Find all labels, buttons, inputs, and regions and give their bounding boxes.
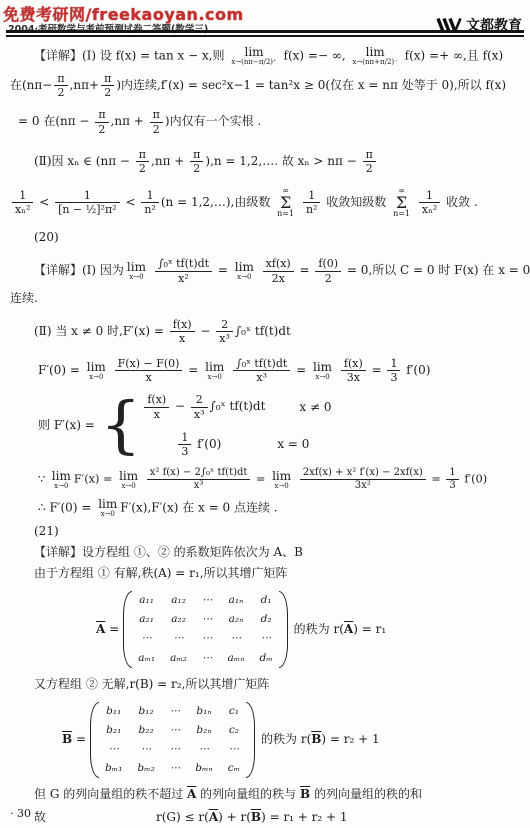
matrix-cell: ⋯ <box>202 652 213 665</box>
matrix-a-rank-text: 的秩为 r(A) = r₁ <box>294 622 386 637</box>
limit-operator: limx→0 <box>205 361 224 381</box>
limit-operator: limx→0 <box>52 470 71 490</box>
left-paren <box>123 591 132 668</box>
q21-conclusion-line: 故 r(G) ≤ r(A) + r(B) = r₁ + r₂ + 1 <box>34 810 524 825</box>
fraction: 1xₙ² <box>419 189 440 216</box>
fraction: π2 <box>101 72 114 99</box>
right-paren <box>279 591 288 668</box>
limit-operator: limx→0 <box>127 261 146 281</box>
fraction: xf(x)2x <box>263 257 294 284</box>
matrix-cell: ⋯ <box>170 762 181 775</box>
matrix-cell: bₘ₂ <box>137 762 154 775</box>
matrix-cell: ⋯ <box>170 705 181 718</box>
matrix-cell: aₘₙ <box>228 652 245 665</box>
fraction: 2x³ <box>216 318 233 345</box>
matrix-cell: ⋯ <box>202 632 213 645</box>
matrix-b-label: B = <box>62 732 86 747</box>
matrix-cell: ⋯ <box>170 743 181 756</box>
q19-solution-line: 在(nπ−π2,nπ+π2)内连续,f′(x) = sec²x−1 = tan²… <box>10 72 524 99</box>
watermark-text: 免费考研网/freekaoyan.com <box>3 2 244 25</box>
matrix-cell: ⋯ <box>170 632 187 645</box>
case-expression: 13 f′(0) <box>176 431 221 458</box>
matrix-cell: b₁₁ <box>105 705 122 718</box>
q20-solution-line: ∵ limx→0F′(x) = limx→0 x² f(x) − 2∫₀ˣ tf… <box>38 467 524 492</box>
fraction: 1n² <box>303 189 321 216</box>
fraction: F(x) − F(0)x <box>115 357 183 384</box>
matrix-a-entries: a₁₁a₁₂⋯a₁ₙd₁a₂₁a₂₂⋯a₂ₙd₂⋯⋯⋯⋯⋯aₘ₁aₘ₂⋯aₘₙd… <box>134 591 276 668</box>
matrix-cell: aₘ₂ <box>170 652 187 665</box>
overline-symbol: B <box>311 732 321 746</box>
q20-piecewise-definition: 则 F′(x) = { f(x)x − 2x³∫₀ˣ tf(t)dt x ≠ 0… <box>38 393 524 458</box>
matrix-cell: b₁ₙ <box>195 705 212 718</box>
matrix-cell: a₁₂ <box>170 594 187 607</box>
limit-operator: limx→0 <box>272 470 291 490</box>
limit-operator: limx→(nπ−π/2)⁺ <box>231 46 276 66</box>
augmented-matrix-a: A = a₁₁a₁₂⋯a₁ₙd₁a₂₁a₂₂⋯a₂ₙd₂⋯⋯⋯⋯⋯aₘ₁aₘ₂⋯… <box>96 591 524 668</box>
matrix-cell: aₘ₁ <box>138 652 155 665</box>
overline-symbol: A <box>209 810 218 824</box>
matrix-cell: ⋯ <box>228 632 245 645</box>
matrix-cell: ⋯ <box>138 632 155 645</box>
fraction: 13 <box>446 467 458 492</box>
q19-solution-line: 1xₙ² < 1[n − ½]²π² < 1n²(n = 1,2,…),由级数 … <box>10 187 524 218</box>
matrix-cell: c₂ <box>228 724 240 737</box>
matrix-cell: a₁₁ <box>138 594 155 607</box>
q19-solution-line: = 0 在(nπ − π2,nπ + π2)内仅有一个实根 . <box>18 108 524 135</box>
fraction: π2 <box>136 148 149 175</box>
matrix-cell: dₘ <box>260 652 273 665</box>
matrix-b-entries: b₁₁b₁₂⋯b₁ₙc₁b₂₁b₂₂⋯b₂ₙc₂⋯⋯⋯⋯⋯bₘ₁bₘ₂⋯bₘₙc… <box>101 702 244 779</box>
limit-operator: limx→0 <box>235 261 254 281</box>
matrix-cell: ⋯ <box>260 632 273 645</box>
fraction: x² f(x) − 2∫₀ˣ tf(t)dtx³ <box>147 467 251 492</box>
header-divider <box>6 30 524 37</box>
fraction: π2 <box>190 148 203 175</box>
question-number-21: (21) <box>34 524 524 539</box>
matrix-cell: b₁₂ <box>137 705 154 718</box>
overline-symbol: A <box>187 787 196 801</box>
fraction: 1n² <box>141 189 159 216</box>
fraction: f(x)3x <box>341 357 366 384</box>
fraction: 1xₙ² <box>12 189 33 216</box>
fraction: 2x³ <box>191 393 208 420</box>
matrix-cell: bₘₙ <box>195 762 212 775</box>
q20-solution-line: (Ⅱ) 当 x ≠ 0 时,F′(x) = f(x)x − 2x³∫₀ˣ tf(… <box>34 318 524 345</box>
fraction: 13 <box>387 357 400 384</box>
limit-operator: limx→0 <box>313 361 332 381</box>
fraction: π2 <box>363 148 376 175</box>
right-paren <box>246 702 255 779</box>
question-number-20: (20) <box>34 230 524 245</box>
piecewise-case-row: f(x)x − 2x³∫₀ˣ tf(t)dt x ≠ 0 <box>142 393 331 420</box>
overline-symbol: A <box>96 622 105 636</box>
q21-solution-line: 但 G 的列向量组的秩不超过 A 的列向量组的秩与 B 的列向量组的秩的和 <box>34 787 524 802</box>
fraction: π2 <box>150 108 163 135</box>
matrix-cell: a₂₁ <box>138 613 155 626</box>
page-number: · 30 · <box>10 807 38 820</box>
limit-operator: limx→(nπ+π/2)⁻ <box>352 46 397 66</box>
fraction: 13 <box>178 431 191 458</box>
scanned-document-page: 免费考研网/freekaoyan.com 2004·考研数学与考前预测试卷二答题… <box>0 0 530 828</box>
matrix-cell: cₘ <box>228 762 240 775</box>
piecewise-cases: f(x)x − 2x³∫₀ˣ tf(t)dt x ≠ 0 13 f′(0) x … <box>142 393 331 458</box>
limit-operator: limx→0 <box>119 470 138 490</box>
matrix-cell: c₁ <box>228 705 240 718</box>
q19-solution-line: 【详解】(Ⅰ) 设 f(x) = tan x − x,则 limx→(nπ−π/… <box>34 46 524 66</box>
overline-symbol: B <box>62 732 72 746</box>
fraction: π2 <box>54 72 67 99</box>
fraction: ∫₀ˣ tf(t)dtx³ <box>233 357 290 384</box>
case-expression: f(x)x − 2x³∫₀ˣ tf(t)dt <box>142 393 265 420</box>
overline-symbol: B <box>300 787 310 801</box>
overline-symbol: A <box>344 622 353 636</box>
summation-operator: ∞Σn=1 <box>277 187 294 218</box>
matrix-cell: ⋯ <box>202 594 213 607</box>
matrix-cell: d₂ <box>260 613 273 626</box>
fraction: 2xf(x) + x² f′(x) − 2xf(x)3x² <box>300 467 426 492</box>
q21-solution-line: 【详解】设方程组 ①、② 的系数矩阵依次为 A、B <box>34 545 524 560</box>
piecewise-label: 则 F′(x) = <box>38 418 95 433</box>
left-brace: { <box>100 399 141 452</box>
matrix-cell: d₁ <box>260 594 273 607</box>
overline-symbol: B <box>251 810 261 824</box>
fraction: f(0)2 <box>315 257 341 284</box>
case-condition: x = 0 <box>277 437 309 452</box>
matrix-b-rank-text: 的秩为 r(B) = r₂ + 1 <box>261 732 380 747</box>
fraction: π2 <box>95 108 108 135</box>
q21-solution-line: 由于方程组 ① 有解,秩(A) = r₁,所以其增广矩阵 <box>34 566 524 581</box>
matrix-cell: ⋯ <box>137 743 154 756</box>
matrix-cell: ⋯ <box>195 743 212 756</box>
matrix-cell: a₂ₙ <box>228 613 245 626</box>
case-condition: x ≠ 0 <box>299 400 331 415</box>
solutions-body: 【详解】(Ⅰ) 设 f(x) = tan x − x,则 limx→(nπ−π/… <box>10 40 524 825</box>
q20-solution-line: F′(0) = limx→0 F(x) − F(0)x = limx→0 ∫₀ˣ… <box>38 357 524 384</box>
q20-solution-line: ∴ F′(0) = limx→0F′(x),F′(x) 在 x = 0 点连续 … <box>38 498 524 518</box>
q21-solution-line: 又方程组 ② 无解,r(B) = r₂,所以其增广矩阵 <box>34 677 524 692</box>
summation-operator: ∞Σn=1 <box>393 187 410 218</box>
q19-solution-line: (Ⅱ)因 xₙ ∈ (nπ − π2,nπ + π2),n = 1,2,…. 故… <box>34 148 524 175</box>
q20-solution-line: 连续. <box>10 291 524 306</box>
fraction: ∫₀ˣ tf(t)dtx² <box>155 257 212 284</box>
left-paren <box>90 702 99 779</box>
matrix-cell: ⋯ <box>170 724 181 737</box>
fraction: 1[n − ½]²π² <box>55 189 120 216</box>
matrix-cell: ⋯ <box>228 743 240 756</box>
matrix-cell: a₂₂ <box>170 613 187 626</box>
matrix-cell: b₂ₙ <box>195 724 212 737</box>
matrix-cell: b₂₂ <box>137 724 154 737</box>
divider-rule-thick <box>6 30 524 33</box>
matrix-cell: b₂₁ <box>105 724 122 737</box>
matrix-a-label: A = <box>96 622 119 637</box>
augmented-matrix-b: B = b₁₁b₁₂⋯b₁ₙc₁b₂₁b₂₂⋯b₂ₙc₂⋯⋯⋯⋯⋯bₘ₁bₘ₂⋯… <box>62 702 524 779</box>
matrix-cell: ⋯ <box>105 743 122 756</box>
limit-operator: limx→0 <box>98 498 117 518</box>
divider-rule-thin <box>6 35 524 37</box>
matrix-cell: a₁ₙ <box>228 594 245 607</box>
fraction: f(x)x <box>170 318 195 345</box>
matrix-cell: ⋯ <box>202 613 213 626</box>
fraction: f(x)x <box>144 393 169 420</box>
matrix-cell: bₘ₁ <box>105 762 122 775</box>
limit-operator: limx→0 <box>87 361 106 381</box>
piecewise-case-row: 13 f′(0) x = 0 <box>142 431 331 458</box>
conclusion-formula: r(G) ≤ r(A) + r(B) = r₁ + r₂ + 1 <box>156 810 348 825</box>
q20-solution-line: 【详解】(Ⅰ) 因为limx→0 ∫₀ˣ tf(t)dtx² = limx→0 … <box>34 257 524 284</box>
